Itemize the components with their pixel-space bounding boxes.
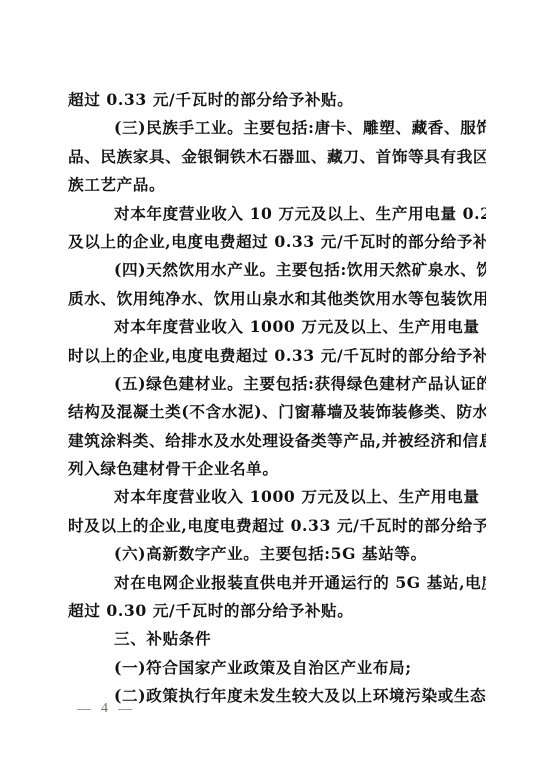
- text-line: 超过 0.30 元/千瓦时的部分给予补贴。: [68, 597, 486, 625]
- text-line: 品、民族家具、金银铜铁木石器皿、藏刀、首饰等具有我区特色的民: [68, 143, 486, 171]
- text-line: 超过 0.33 元/千瓦时的部分给予补贴。: [68, 86, 486, 114]
- text-line: 对本年度营业收入 10 万元及以上、生产用电量 0.2 万千瓦时: [68, 200, 486, 228]
- document-page: 超过 0.33 元/千瓦时的部分给予补贴。 (三)民族手工业。主要包括:唐卡、雕…: [0, 0, 553, 784]
- page-footer: 4: [77, 701, 132, 717]
- section-heading-drinking-water: (四)天然饮用水产业。主要包括:饮用天然矿泉水、饮用矿物: [68, 256, 486, 284]
- text-line: 时及以上的企业,电度电费超过 0.33 元/千瓦时的部分给予补贴。: [68, 512, 486, 540]
- document-body: 超过 0.33 元/千瓦时的部分给予补贴。 (三)民族手工业。主要包括:唐卡、雕…: [68, 86, 486, 711]
- page-number: 4: [101, 701, 108, 717]
- text-line: 对在电网企业报装直供电并开通运行的 5G 基站,电度电费: [68, 569, 486, 597]
- text-line: 时以上的企业,电度电费超过 0.33 元/千瓦时的部分给予补贴。: [68, 342, 486, 370]
- text-line: 族工艺产品。: [68, 171, 486, 199]
- section-heading-green-building-materials: (五)绿色建材业。主要包括:获得绿色建材产品认证的围护: [68, 370, 486, 398]
- footer-dash-left: [77, 709, 91, 710]
- text-line: 建筑涂料类、给排水及水处理设备类等产品,并被经济和信息化厅: [68, 427, 486, 455]
- text-line: 及以上的企业,电度电费超过 0.33 元/千瓦时的部分给予补贴。: [68, 228, 486, 256]
- text-line: 列入绿色建材骨干企业名单。: [68, 455, 486, 483]
- chapter-heading-subsidy-conditions: 三、补贴条件: [68, 625, 486, 653]
- text-line: 质水、饮用纯净水、饮用山泉水和其他类饮用水等包装饮用水。: [68, 285, 486, 313]
- text-line: 对本年度营业收入 1000 万元及以上、生产用电量 10 万千瓦: [68, 483, 486, 511]
- section-heading-ethnic-handicraft: (三)民族手工业。主要包括:唐卡、雕塑、藏香、服饰、编织、绣: [68, 114, 486, 142]
- text-line: 对本年度营业收入 1000 万元及以上、生产用电量 10 万千瓦: [68, 313, 486, 341]
- section-heading-digital-industry: (六)高新数字产业。主要包括:5G 基站等。: [68, 540, 486, 568]
- text-line: 结构及混凝土类(不含水泥)、门窗幕墙及装饰装修类、防水密封及: [68, 398, 486, 426]
- condition-item-1: (一)符合国家产业政策及自治区产业布局;: [68, 654, 486, 682]
- footer-dash-right: [118, 709, 132, 710]
